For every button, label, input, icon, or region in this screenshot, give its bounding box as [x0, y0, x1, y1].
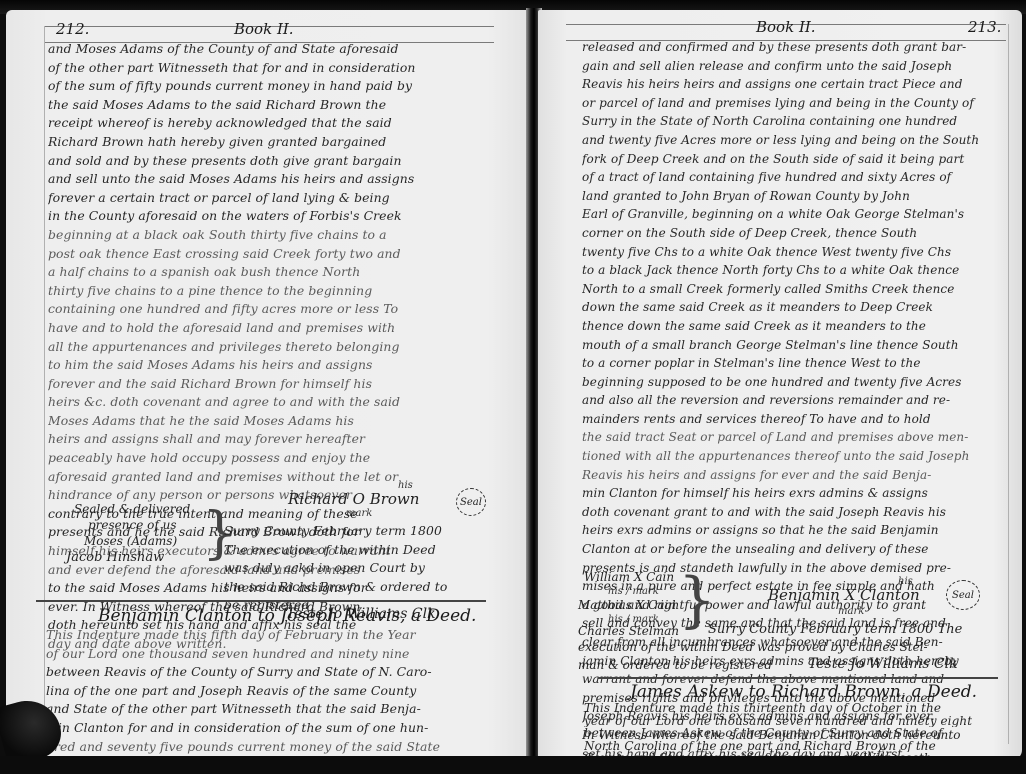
witness-heading-1: Sealed & delivered [74, 502, 190, 516]
text-line: and also all the reversion and reversion… [582, 391, 979, 410]
probate-line: execution of the within Deed was proved … [578, 640, 928, 654]
text-line: the said tract Seat or parcel of Land an… [582, 428, 979, 447]
text-line: twenty five Chs to a white Oak thence We… [582, 243, 979, 262]
text-line: This Indenture made this thirteenth day … [584, 702, 972, 715]
text-line: mainders rents and services thereof To h… [582, 410, 979, 429]
text-line: between James Askew of the County of Sur… [584, 727, 972, 740]
text-line: was duly ackd in open Court by [224, 559, 447, 578]
right-page: Book II. 213. released and confirmed and… [538, 10, 1022, 760]
text-line: land granted to John Bryan of Rowan Coun… [582, 187, 979, 206]
text-line: Clanton at or before the unsealing and d… [582, 540, 979, 559]
text-line: containing one hundred and fifty acres m… [48, 300, 415, 319]
text-line: peaceably have hold occupy possess and e… [48, 449, 415, 468]
text-line: in the County aforesaid on the waters of… [48, 207, 415, 226]
text-line: gain and sell alien release and confirm … [582, 57, 979, 76]
text-line: of a tract of land containing five hundr… [582, 168, 979, 187]
probate-line: Surry County February term 1800 The [708, 622, 962, 637]
book-header: Book II. [756, 18, 816, 36]
text-line: min Clanton for himself his heirs exrs a… [582, 484, 979, 503]
book-header: Book II. [234, 20, 294, 38]
text-line: Reavis his heirs heirs and assigns one c… [582, 75, 979, 94]
scan-bottom-shadow [0, 756, 1026, 774]
text-line: to a black Jack thence North forty Chs t… [582, 261, 979, 280]
text-line: of the other part Witnesseth that for an… [48, 59, 415, 78]
text-line: forever a certain tract or parcel of lan… [48, 189, 415, 208]
text-line: a half chains to a spanish oak bush then… [48, 263, 415, 282]
text-line: the said Moses Adams to the said Richard… [48, 96, 415, 115]
text-line: have and to hold the aforesaid land and … [48, 319, 415, 338]
text-line: between Reavis of the County of Surry an… [46, 663, 446, 682]
text-line: and State of the other part Witnesseth t… [46, 700, 446, 719]
text-line: and sell unto the said Moses Adams his h… [48, 170, 415, 189]
text-line: heirs and assigns shall and may forever … [48, 430, 415, 449]
deed-title-askew-brown: James Askew to Richard Brown, a Deed. [630, 682, 977, 702]
probate-line: man & ordered to be registered [578, 658, 772, 672]
text-line: lina of the one part and Joseph Reavis o… [46, 682, 446, 701]
left-page: 212. Book II. and Moses Adams of the Cou… [6, 10, 530, 760]
text-line: beginning at a black oak South thirty fi… [48, 226, 415, 245]
text-line: aforesaid granted land and premises with… [48, 468, 415, 487]
seal-label: Seal [460, 497, 482, 508]
text-line: North to a small Creek formerly called S… [582, 280, 979, 299]
text-line: tioned with all the appurtenances thereo… [582, 447, 979, 466]
deed-body-askew-brown: This Indenture made this thirteenth day … [584, 702, 972, 760]
text-line: mouth of a small branch George Stelman's… [582, 336, 979, 355]
text-line: and twenty five Acres more or less lying… [582, 131, 979, 150]
text-line: corner on the South side of Deep Creek, … [582, 224, 979, 243]
text-line: heirs &c. doth covenant and agree to and… [48, 393, 415, 412]
text-line: of the sum of fifty pounds current money… [48, 77, 415, 96]
right-margin-line [1008, 24, 1009, 744]
witness-name: Matthias X Cain [578, 598, 676, 612]
text-line: fork of Deep Creek and on the South side… [582, 150, 979, 169]
text-line: forever and the said Richard Brown for h… [48, 375, 415, 394]
signature-benjamin-clanton: Benjamin X Clanton [768, 586, 920, 604]
text-line: thirty five chains to a pine thence to t… [48, 282, 415, 301]
seal-label: Seal [952, 590, 974, 601]
seal-icon: Seal [456, 488, 486, 516]
text-line: beginning supposed to be one hundred and… [582, 373, 979, 392]
text-line: the said Richd Brown & ordered to [224, 578, 447, 597]
text-line: post oak thence East crossing said Creek… [48, 245, 415, 264]
text-line: receipt whereof is hereby acknowledged t… [48, 114, 415, 133]
text-line: Richard Brown hath hereby given granted … [48, 133, 415, 152]
scanned-deed-book-spread: 212. Book II. and Moses Adams of the Cou… [0, 0, 1026, 774]
deed-title-clanton-reavis: Benjamin Clanton to Joseph Reavis, a Dee… [98, 606, 476, 626]
text-line: all the appurtenances and privileges the… [48, 338, 415, 357]
text-line: The execution of the within Deed [224, 541, 447, 560]
text-line: min Clanton for and in consideration of … [46, 719, 446, 738]
text-line: Moses Adams that he the said Moses Adams… [48, 412, 415, 431]
text-line: to him the said Moses Adams his heirs an… [48, 356, 415, 375]
text-line: of our Lord one thousand seven hundred a… [46, 645, 446, 664]
signature-mark: mark [838, 606, 864, 617]
witness-heading-2: presence of us [88, 518, 177, 532]
left-margin-line [44, 26, 45, 746]
text-line: Surry in the State of North Carolina con… [582, 112, 979, 131]
page-number: 213. [968, 18, 1001, 36]
witness-name: Moses (Adams) [84, 534, 177, 548]
text-line: heirs exrs admins or assigns so that he … [582, 521, 979, 540]
text-line: North Carolina of the one part and Richa… [584, 740, 972, 753]
deed-body-clanton-reavis: This Indenture made this fifth day of Fe… [46, 626, 446, 760]
text-line: to a corner poplar in Stelman's line the… [582, 354, 979, 373]
text-line: or parcel of land and premises lying and… [582, 94, 979, 113]
probate-teste: Teste Jo Williams Clk [808, 656, 958, 672]
text-line: thence down the same said Creek as it me… [582, 317, 979, 336]
text-line: year of our Lord one thousand seven hund… [584, 715, 972, 728]
signature-mark: mark [346, 508, 372, 519]
section-divider [36, 600, 486, 602]
witness-name: Jacob Hinshaw [66, 550, 164, 565]
text-line: doth covenant grant to and with the said… [582, 503, 979, 522]
text-line: dred and seventy five pounds current mon… [46, 738, 446, 757]
witness-name: Charles Stelman [578, 624, 679, 638]
witness-name: William X Cain [584, 570, 674, 584]
text-line: down the same said Creek as it meanders … [582, 298, 979, 317]
text-line: Earl of Granville, beginning on a white … [582, 205, 979, 224]
text-line: Reavis his heirs and assigns for ever an… [582, 466, 979, 485]
text-line: This Indenture made this fifth day of Fe… [46, 626, 446, 645]
seal-icon: Seal [946, 580, 980, 610]
section-divider [598, 677, 998, 679]
brace-icon: } [678, 570, 716, 630]
page-number: 212. [56, 20, 89, 38]
signature-richard-brown: Richard O Brown [288, 490, 419, 508]
text-line: released and confirmed and by these pres… [582, 38, 979, 57]
text-line: and sold and by these presents doth give… [48, 152, 415, 171]
text-line: and Moses Adams of the County of and Sta… [48, 40, 415, 59]
witness-mark-note: his / mark [608, 586, 659, 597]
text-line: Surry County February term 1800 [224, 522, 447, 541]
